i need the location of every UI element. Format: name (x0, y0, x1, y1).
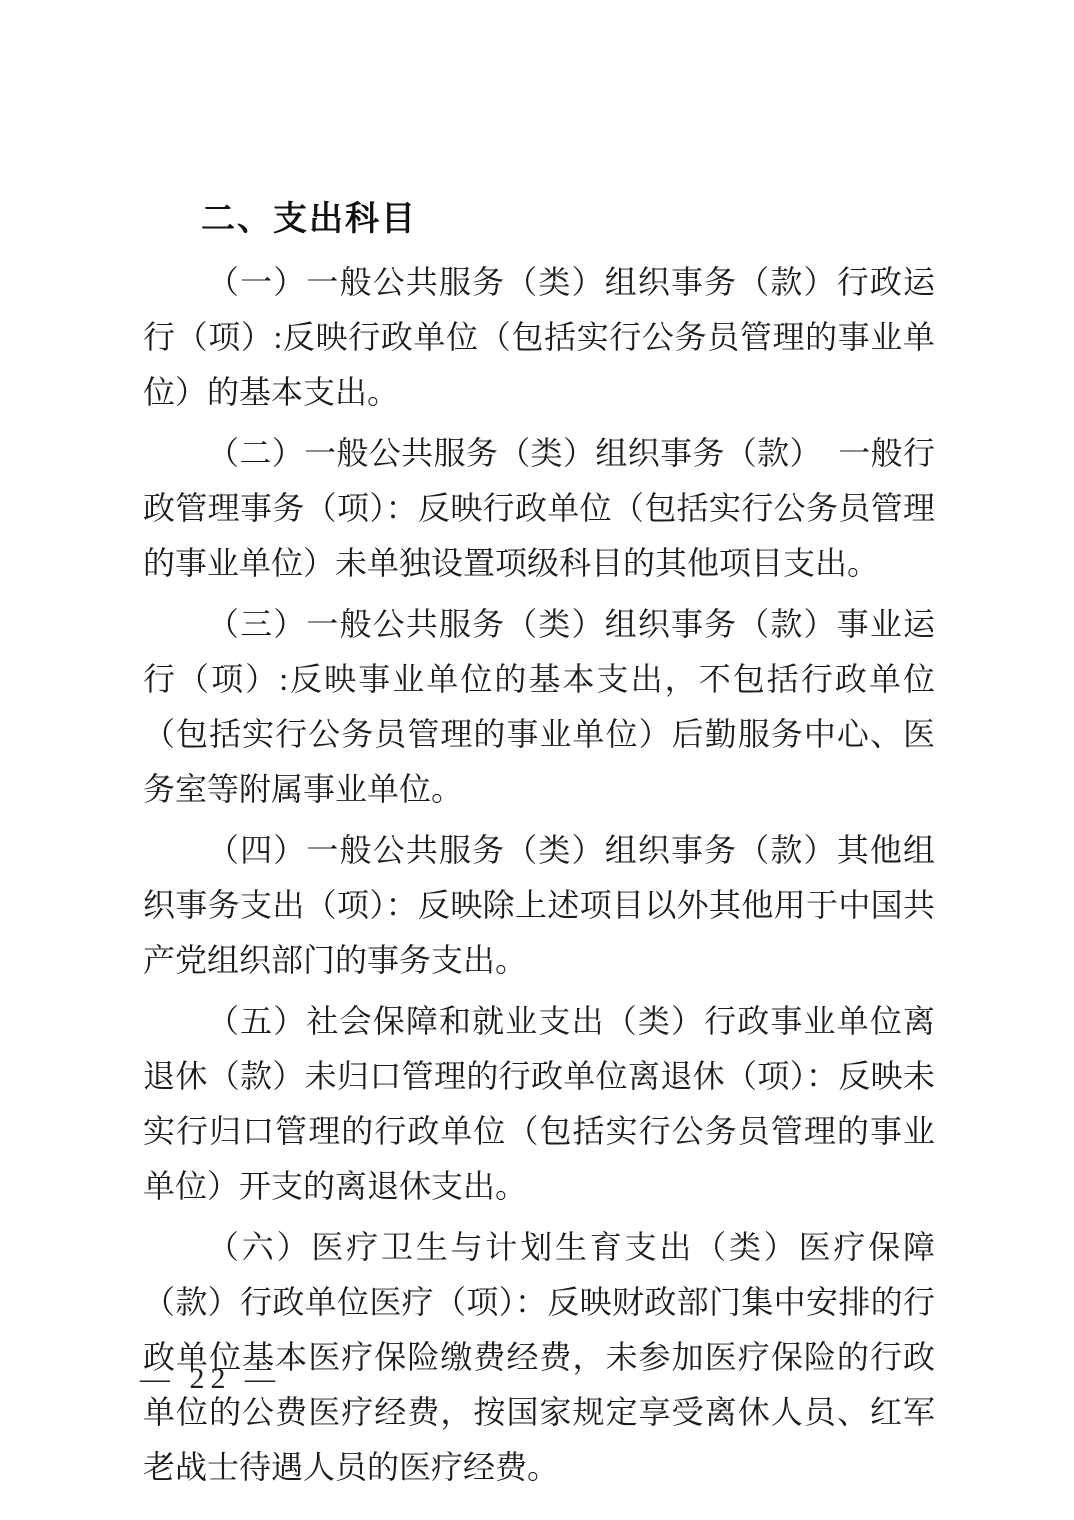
page-number: — 22 — (140, 1362, 281, 1396)
paragraph-2: （二）一般公共服务（类）组织事务（款） 一般行政管理事务（项）：反映行政单位（包… (143, 426, 935, 591)
paragraph-1: （一）一般公共服务（类）组织事务（款）行政运行（项）:反映行政单位（包括实行公务… (143, 255, 935, 420)
section-heading: 二、支出科目 (143, 192, 935, 247)
paragraph-6: （六）医疗卫生与计划生育支出（类）医疗保障（款）行政单位医疗（项）：反映财政部门… (143, 1220, 935, 1495)
paragraph-3: （三）一般公共服务（类）组织事务（款）事业运行（项）:反映事业单位的基本支出，不… (143, 597, 935, 817)
document-body: 二、支出科目 （一）一般公共服务（类）组织事务（款）行政运行（项）:反映行政单位… (143, 192, 935, 1501)
paragraph-5: （五）社会保障和就业支出（类）行政事业单位离退休（款）未归口管理的行政单位离退休… (143, 994, 935, 1214)
document-page: 二、支出科目 （一）一般公共服务（类）组织事务（款）行政运行（项）:反映行政单位… (0, 0, 1074, 1520)
paragraph-4: （四）一般公共服务（类）组织事务（款）其他组织事务支出（项）：反映除上述项目以外… (143, 823, 935, 988)
